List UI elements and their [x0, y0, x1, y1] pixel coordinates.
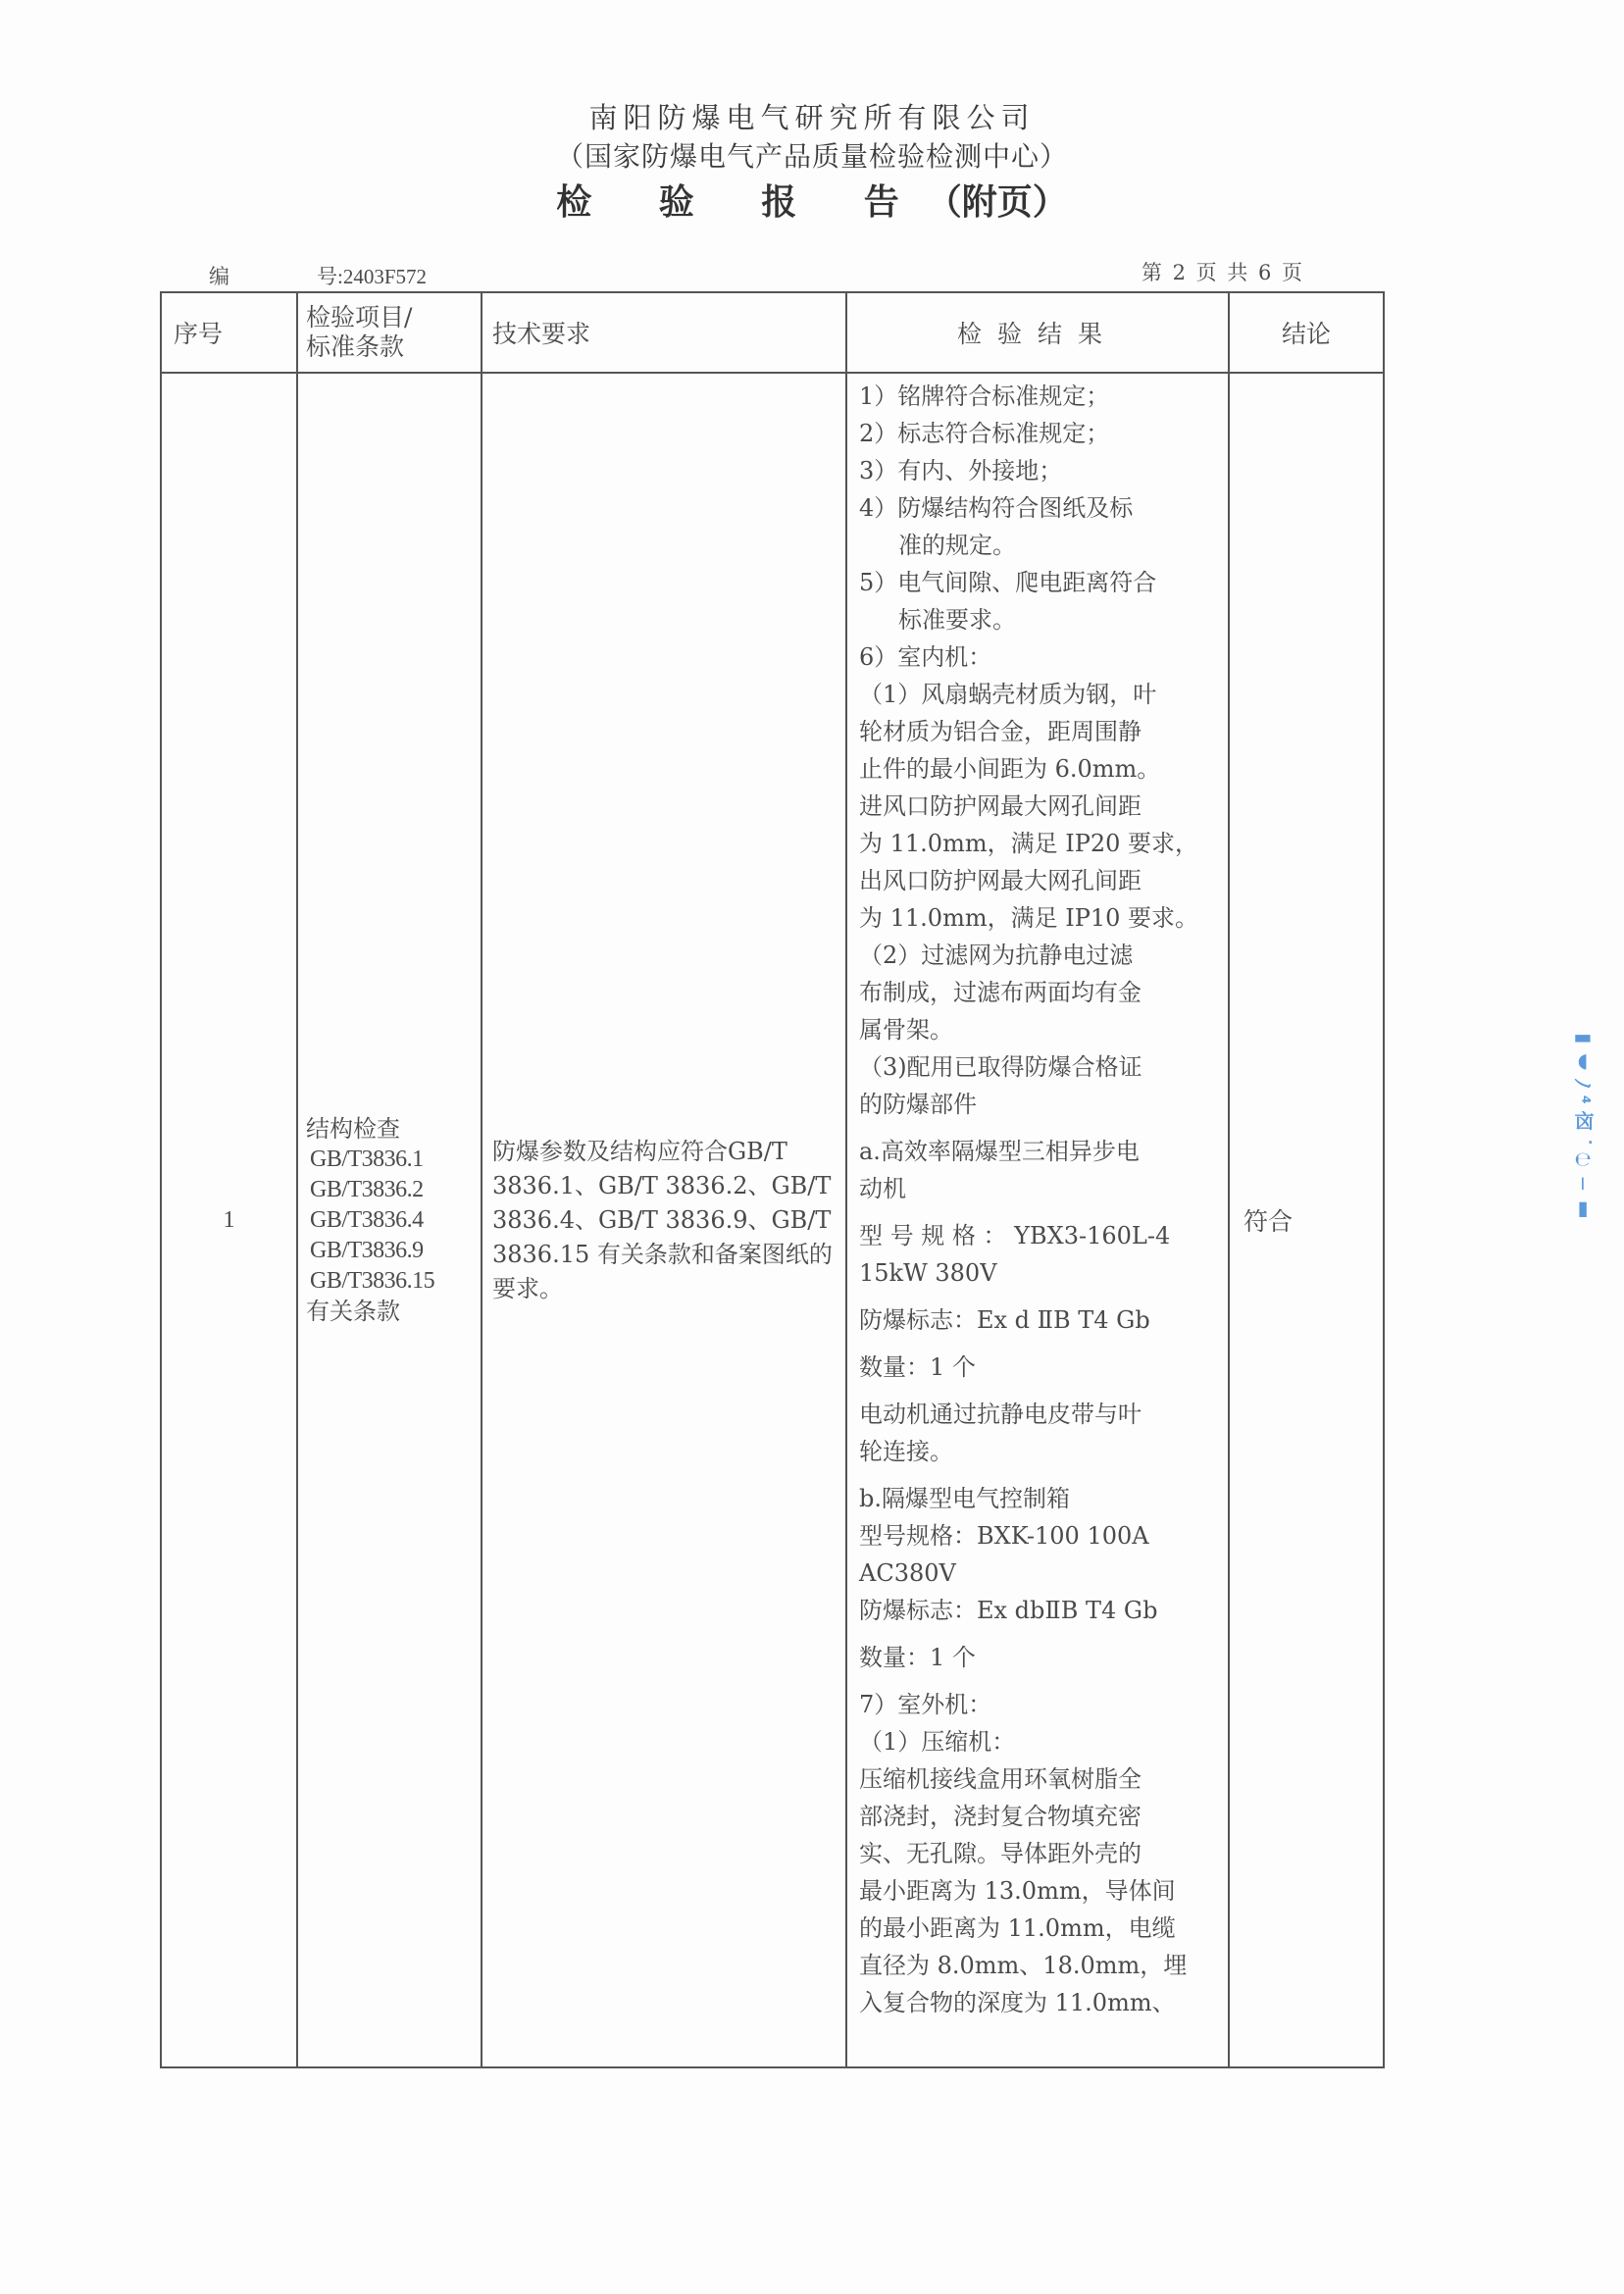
seal-stamp-fragment: ▬◖ ﾉ ⁴ 㐫 ˙℮ ─ ▮: [1574, 1025, 1596, 1309]
column-header-item-line2: 标准条款: [306, 332, 404, 361]
row-result: 1）铭牌符合标准规定； 2）标志符合标准规定； 3）有内、外接地； 4）防爆结构…: [846, 373, 1229, 2067]
result-line: 进风口防护网最大网孔间距: [859, 788, 1224, 825]
report-title-main: 检 验 报 告: [556, 181, 927, 223]
result-line: （1）压缩机：: [859, 1723, 1224, 1760]
result-line: 准的规定。: [859, 527, 1224, 564]
result-line: 数量：1 个: [859, 1639, 1224, 1676]
result-line: 轮材质为铝合金，距周围静: [859, 713, 1224, 750]
column-header-result: 检验结果: [846, 292, 1229, 373]
row-item: 结构检查 GB/T3836.1 GB/T3836.2 GB/T3836.4 GB…: [297, 373, 482, 2067]
result-line: 2）标志符合标准规定；: [859, 415, 1224, 452]
result-line: 轮连接。: [859, 1433, 1224, 1470]
column-header-conclusion: 结论: [1229, 292, 1384, 373]
report-title-suffix: （附页）: [927, 181, 1068, 223]
result-line: 的防爆部件: [859, 1086, 1224, 1123]
result-line: 型 号 规 格 ： YBX3-160L-4: [859, 1217, 1224, 1254]
result-line: 布制成，过滤布两面均有金: [859, 974, 1224, 1011]
result-line: 标准要求。: [859, 601, 1224, 638]
item-suffix: 有关条款: [306, 1298, 400, 1325]
result-line: 出风口防护网最大网孔间距: [859, 862, 1224, 899]
item-name: 结构检查: [306, 1115, 400, 1143]
row-requirement: 防爆参数及结构应符合GB/T 3836.1、GB/T 3836.2、GB/T 3…: [482, 373, 846, 2067]
serial-label: 编: [209, 261, 229, 290]
result-line: 6）室内机：: [859, 638, 1224, 676]
result-line: 15kW 380V: [859, 1254, 1224, 1292]
result-line: （3)配用已取得防爆合格证: [859, 1048, 1224, 1086]
result-line: 压缩机接线盒用环氧树脂全: [859, 1760, 1224, 1798]
result-line: 数量：1 个: [859, 1349, 1224, 1386]
result-line: 4）防爆结构符合图纸及标: [859, 489, 1224, 527]
page-indicator: 第 2 页 共 6 页: [1142, 257, 1304, 286]
result-line: 的最小距离为 11.0mm，电缆: [859, 1910, 1224, 1947]
item-standard: GB/T3836.1: [306, 1145, 475, 1175]
result-line: 型号规格：BXK-100 100A: [859, 1517, 1224, 1555]
result-line: 电动机通过抗静电皮带与叶: [859, 1396, 1224, 1433]
column-header-item: 检验项目/ 标准条款: [297, 292, 482, 373]
result-line: （2）过滤网为抗静电过滤: [859, 937, 1224, 974]
result-line: 部浇封，浇封复合物填充密: [859, 1798, 1224, 1835]
result-line: 最小距离为 13.0mm，导体间: [859, 1872, 1224, 1910]
result-line: 属骨架。: [859, 1011, 1224, 1048]
result-line: （1）风扇蜗壳材质为钢，叶: [859, 676, 1224, 713]
serial-number: 号:2403F572: [317, 261, 427, 290]
item-standard: GB/T3836.15: [306, 1266, 475, 1297]
item-standard: GB/T3836.2: [306, 1175, 475, 1205]
row-conclusion: 符合: [1229, 373, 1384, 2067]
result-line: b.隔爆型电气控制箱: [859, 1480, 1224, 1517]
table-header-row: 序号 检验项目/ 标准条款 技术要求 检验结果 结论: [161, 292, 1384, 373]
result-line: 入复合物的深度为 11.0mm、: [859, 1984, 1224, 2021]
organization-subtitle: （国家防爆电气产品质量检验检测中心）: [0, 137, 1624, 177]
result-line: 7）室外机：: [859, 1686, 1224, 1723]
result-line: 直径为 8.0mm、18.0mm，埋: [859, 1947, 1224, 1984]
column-header-item-line1: 检验项目/: [306, 303, 412, 331]
column-header-requirement: 技术要求: [482, 292, 846, 373]
result-line: 为 11.0mm，满足 IP10 要求。: [859, 899, 1224, 937]
result-line: 动机: [859, 1170, 1224, 1207]
result-line: 5）电气间隙、爬电距离符合: [859, 564, 1224, 601]
column-header-seq: 序号: [161, 292, 297, 373]
table-row: 1 结构检查 GB/T3836.1 GB/T3836.2 GB/T3836.4 …: [161, 373, 1384, 2067]
report-meta: 编 号:2403F572 第 2 页 共 6 页: [160, 257, 1383, 286]
result-line: 防爆标志：Ex dbⅡB T4 Gb: [859, 1592, 1224, 1629]
result-line: AC380V: [859, 1555, 1224, 1592]
document-header: 南阳防爆电气研究所有限公司 （国家防爆电气产品质量检验检测中心） 检 验 报 告…: [0, 98, 1624, 228]
item-standard: GB/T3836.9: [306, 1236, 475, 1266]
result-line: 为 11.0mm，满足 IP20 要求，: [859, 825, 1224, 862]
inspection-table: 序号 检验项目/ 标准条款 技术要求 检验结果 结论 1 结构检查 GB/T38…: [160, 291, 1385, 2068]
organization-name: 南阳防爆电气研究所有限公司: [0, 98, 1624, 137]
report-title: 检 验 报 告（附页）: [0, 177, 1624, 228]
result-line: 防爆标志：Ex d ⅡB T4 Gb: [859, 1301, 1224, 1339]
result-line: 1）铭牌符合标准规定；: [859, 378, 1224, 415]
row-seq: 1: [161, 373, 297, 2067]
item-standard: GB/T3836.4: [306, 1205, 475, 1236]
result-line: 实、无孔隙。导体距外壳的: [859, 1835, 1224, 1872]
result-line: 3）有内、外接地；: [859, 452, 1224, 489]
result-line: a.高效率隔爆型三相异步电: [859, 1133, 1224, 1170]
result-line: 止件的最小间距为 6.0mm。: [859, 750, 1224, 788]
